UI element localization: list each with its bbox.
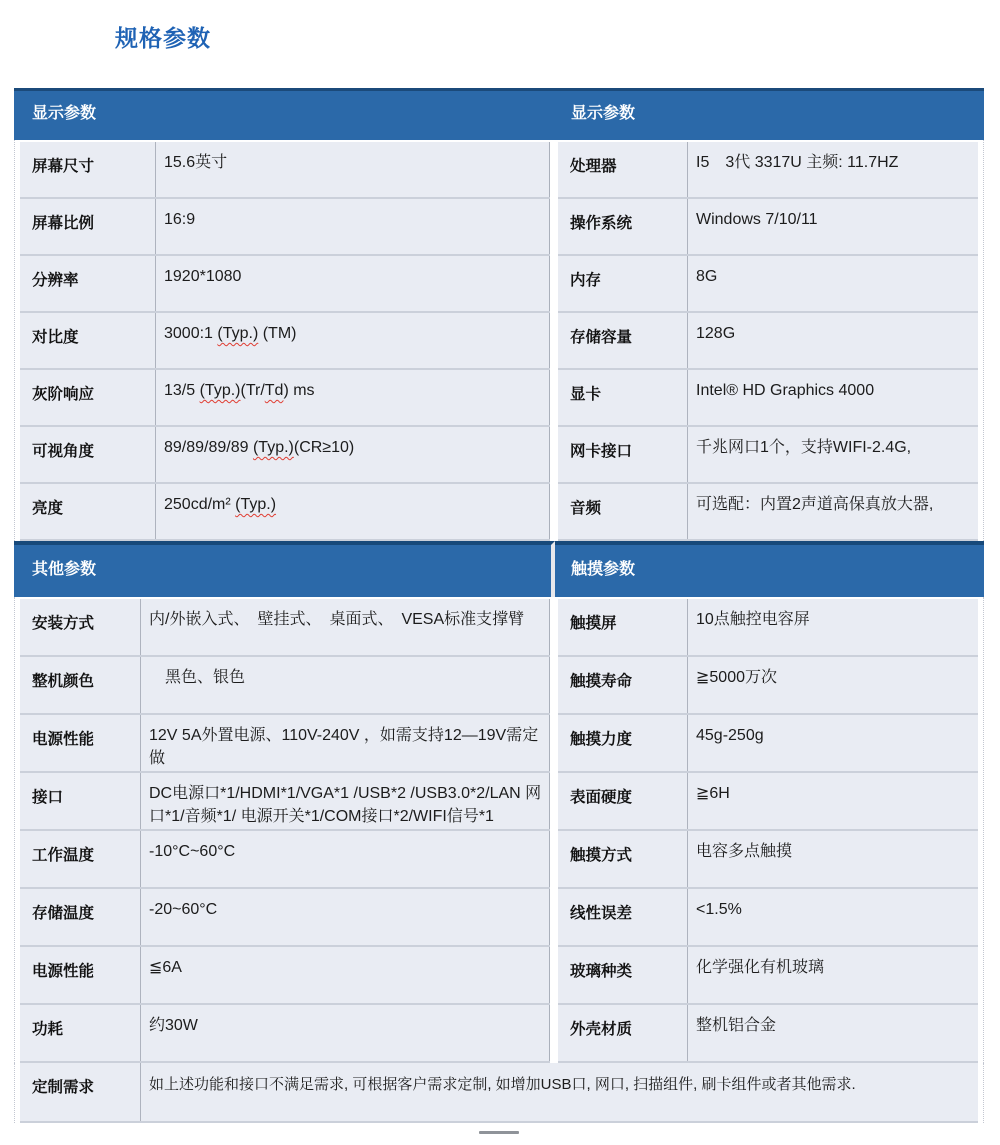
spellcheck-underline-text: (Typ.): [217, 325, 258, 342]
custom-requirements-row-wrap: 定制需求 如上述功能和接口不满足需求, 可根据客户需求定制, 如增加USB口, …: [14, 1063, 984, 1123]
spec-value: DC电源口*1/HDMI*1/VGA*1 /USB*2 /USB3.0*2/LA…: [141, 773, 550, 829]
spec-value: 89/89/89/89 (Typ.)(CR≥10): [156, 427, 550, 482]
spec-label: 触摸寿命: [558, 657, 688, 713]
section-display: 显示参数 屏幕尺寸15.6英寸屏幕比例16:9分辨率1920*1080对比度30…: [14, 88, 984, 541]
display-right-header: 显示参数: [555, 88, 984, 140]
other-left-column: 其他参数 安装方式内/外嵌入式、 壁挂式、 桌面式、 VESA标准支撑臂整机颜色…: [14, 541, 555, 1063]
spec-value: <1.5%: [688, 889, 978, 945]
spec-row: 玻璃种类化学强化有机玻璃: [558, 947, 978, 1005]
spec-value: 16:9: [156, 199, 550, 254]
spec-label: 触摸力度: [558, 715, 688, 771]
spec-value: 15.6英寸: [156, 142, 550, 197]
spellcheck-underline-text: (Typ.): [235, 496, 276, 513]
spellcheck-underline-text: (Typ.): [200, 382, 241, 399]
spec-value: 化学强化有机玻璃: [688, 947, 978, 1003]
spec-value: 如上述功能和接口不满足需求, 可根据客户需求定制, 如增加USB口, 网口, 扫…: [141, 1063, 978, 1121]
spec-row: 线性误差<1.5%: [558, 889, 978, 947]
value-text: 化学强化有机玻璃: [696, 959, 824, 976]
spec-value: 8G: [688, 256, 978, 311]
spec-row: 接口DC电源口*1/HDMI*1/VGA*1 /USB*2 /USB3.0*2/…: [20, 773, 550, 831]
spec-label: 工作温度: [20, 831, 141, 887]
value-text: 内/外嵌入式、 壁挂式、 桌面式、 VESA标准支撑臂: [149, 611, 524, 628]
value-text: -20~60°C: [149, 901, 217, 918]
value-text: <1.5%: [696, 901, 742, 918]
value-text: 10点触控电容屏: [696, 611, 810, 628]
spec-row: 存储温度-20~60°C: [20, 889, 550, 947]
spec-value: 约30W: [141, 1005, 550, 1061]
value-text: 15.6英寸: [164, 154, 227, 171]
spec-label: 玻璃种类: [558, 947, 688, 1003]
touch-right-column: 触摸参数 触摸屏10点触控电容屏触摸寿命≧5000万次触摸力度45g-250g表…: [555, 541, 984, 1063]
spec-label: 可视角度: [20, 427, 156, 482]
value-text: Windows 7/10/11: [696, 211, 818, 228]
spec-row: 触摸方式电容多点触摸: [558, 831, 978, 889]
display-left-column: 显示参数 屏幕尺寸15.6英寸屏幕比例16:9分辨率1920*1080对比度30…: [14, 88, 555, 541]
value-text: 整机铝合金: [696, 1017, 776, 1034]
spec-label: 对比度: [20, 313, 156, 368]
spec-row: 触摸寿命≧5000万次: [558, 657, 978, 715]
display-left-rows: 屏幕尺寸15.6英寸屏幕比例16:9分辨率1920*1080对比度3000:1 …: [14, 140, 555, 541]
display-right-rows: 处理器I5 3代 3317U 主频: 11.7HZ操作系统Windows 7/1…: [555, 140, 984, 541]
spec-label: 定制需求: [20, 1063, 141, 1121]
spec-value: 可选配：内置2声道高保真放大器,: [688, 484, 978, 539]
spec-value: 1920*1080: [156, 256, 550, 311]
value-text: 千兆网口1个，支持WIFI-2.4G,: [696, 439, 911, 456]
value-text: 电容多点触摸: [696, 843, 792, 860]
spec-label: 功耗: [20, 1005, 141, 1061]
value-text: (TM): [258, 325, 296, 342]
spec-label: 操作系统: [558, 199, 688, 254]
spec-label: 内存: [558, 256, 688, 311]
spec-label: 线性误差: [558, 889, 688, 945]
value-text: ≦6A: [149, 959, 182, 976]
spec-value: 250cd/m² (Typ.): [156, 484, 550, 539]
resize-dash: [479, 1131, 519, 1134]
other-left-rows: 安装方式内/外嵌入式、 壁挂式、 桌面式、 VESA标准支撑臂整机颜色 黑色、银…: [14, 597, 555, 1063]
value-text: 89/89/89/89: [164, 439, 253, 456]
spec-row: 电源性能12V 5A外置电源、110V-240V ，如需支持12—19V需定做: [20, 715, 550, 773]
display-left-header: 显示参数: [14, 88, 555, 140]
spec-label: 存储容量: [558, 313, 688, 368]
spec-label: 触摸屏: [558, 599, 688, 655]
custom-requirements-row: 定制需求 如上述功能和接口不满足需求, 可根据客户需求定制, 如增加USB口, …: [20, 1063, 978, 1123]
spec-label: 安装方式: [20, 599, 141, 655]
value-text: (CR≥10): [294, 439, 354, 456]
value-text: DC电源口*1/HDMI*1/VGA*1 /USB*2 /USB3.0*2/LA…: [149, 785, 541, 825]
spec-row: 表面硬度≧6H: [558, 773, 978, 831]
value-text: 可选配：内置2声道高保真放大器,: [696, 496, 933, 513]
spec-label: 灰阶响应: [20, 370, 156, 425]
spec-row: 屏幕比例16:9: [20, 199, 550, 256]
spec-label: 亮度: [20, 484, 156, 539]
spec-value: 128G: [688, 313, 978, 368]
spec-row: 电源性能≦6A: [20, 947, 550, 1005]
value-text: 13/5: [164, 382, 200, 399]
spec-value: ≧6H: [688, 773, 978, 829]
spec-row: 分辨率1920*1080: [20, 256, 550, 313]
spec-row: 网卡接口千兆网口1个，支持WIFI-2.4G,: [558, 427, 978, 484]
spec-row: 灰阶响应13/5 (Typ.)(Tr/Td) ms: [20, 370, 550, 427]
value-text: 45g-250g: [696, 727, 764, 744]
spec-row: 可视角度89/89/89/89 (Typ.)(CR≥10): [20, 427, 550, 484]
touch-params-header: 触摸参数: [555, 541, 984, 597]
spec-label: 电源性能: [20, 715, 141, 771]
value-text: ≧5000万次: [696, 669, 777, 686]
spec-value: ≦6A: [141, 947, 550, 1003]
spec-value: Windows 7/10/11: [688, 199, 978, 254]
spec-value: Intel® HD Graphics 4000: [688, 370, 978, 425]
value-text: 黑色、银色: [149, 669, 245, 686]
spec-label: 处理器: [558, 142, 688, 197]
value-text: 16:9: [164, 211, 195, 228]
spec-label: 存储温度: [20, 889, 141, 945]
section-other-touch: 其他参数 安装方式内/外嵌入式、 壁挂式、 桌面式、 VESA标准支撑臂整机颜色…: [14, 541, 984, 1063]
spec-label: 触摸方式: [558, 831, 688, 887]
spec-label: 音频: [558, 484, 688, 539]
spec-value: 内/外嵌入式、 壁挂式、 桌面式、 VESA标准支撑臂: [141, 599, 550, 655]
spec-row: 显卡Intel® HD Graphics 4000: [558, 370, 978, 427]
spec-value: 10点触控电容屏: [688, 599, 978, 655]
value-text: (Tr/: [240, 382, 264, 399]
spec-value: 千兆网口1个，支持WIFI-2.4G,: [688, 427, 978, 482]
spec-value: I5 3代 3317U 主频: 11.7HZ: [688, 142, 978, 197]
value-text: 8G: [696, 268, 717, 285]
spec-row: 音频可选配：内置2声道高保真放大器,: [558, 484, 978, 541]
spec-row: 触摸屏10点触控电容屏: [558, 599, 978, 657]
spec-value: 电容多点触摸: [688, 831, 978, 887]
spec-label: 网卡接口: [558, 427, 688, 482]
spellcheck-underline-text: Td: [265, 382, 284, 399]
spec-row: 触摸力度45g-250g: [558, 715, 978, 773]
spec-row: 功耗约30W: [20, 1005, 550, 1063]
other-params-header: 其他参数: [14, 541, 555, 597]
system-right-column: 显示参数 处理器I5 3代 3317U 主频: 11.7HZ操作系统Window…: [555, 88, 984, 541]
spec-sheet-page: 规格参数 显示参数 屏幕尺寸15.6英寸屏幕比例16:9分辨率1920*1080…: [0, 0, 1000, 1145]
spec-row: 屏幕尺寸15.6英寸: [20, 142, 550, 199]
spec-label: 屏幕比例: [20, 199, 156, 254]
spec-label: 分辨率: [20, 256, 156, 311]
value-text: 128G: [696, 325, 735, 342]
spec-label: 屏幕尺寸: [20, 142, 156, 197]
spec-value: 13/5 (Typ.)(Tr/Td) ms: [156, 370, 550, 425]
spec-row: 存储容量128G: [558, 313, 978, 370]
spec-value: 12V 5A外置电源、110V-240V ，如需支持12—19V需定做: [141, 715, 550, 771]
spec-table: 显示参数 屏幕尺寸15.6英寸屏幕比例16:9分辨率1920*1080对比度30…: [14, 88, 984, 1123]
value-text: I5 3代 3317U 主频: 11.7HZ: [696, 154, 898, 171]
value-text: -10°C~60°C: [149, 843, 235, 860]
spec-row: 亮度250cd/m² (Typ.): [20, 484, 550, 541]
spec-row: 对比度3000:1 (Typ.) (TM): [20, 313, 550, 370]
spec-label: 整机颜色: [20, 657, 141, 713]
spec-value: 3000:1 (Typ.) (TM): [156, 313, 550, 368]
spec-row: 整机颜色 黑色、银色: [20, 657, 550, 715]
spec-row: 安装方式内/外嵌入式、 壁挂式、 桌面式、 VESA标准支撑臂: [20, 599, 550, 657]
spec-label: 外壳材质: [558, 1005, 688, 1061]
spec-row: 外壳材质整机铝合金: [558, 1005, 978, 1063]
value-text: ≧6H: [696, 785, 730, 802]
value-text: 250cd/m²: [164, 496, 235, 513]
spec-row: 处理器I5 3代 3317U 主频: 11.7HZ: [558, 142, 978, 199]
value-text: 1920*1080: [164, 268, 241, 285]
touch-right-rows: 触摸屏10点触控电容屏触摸寿命≧5000万次触摸力度45g-250g表面硬度≧6…: [555, 597, 984, 1063]
value-text: 3000:1: [164, 325, 217, 342]
value-text: Intel® HD Graphics 4000: [696, 382, 874, 399]
spec-value: ≧5000万次: [688, 657, 978, 713]
spec-value: -20~60°C: [141, 889, 550, 945]
spellcheck-underline-text: (Typ.): [253, 439, 294, 456]
value-text: 约30W: [149, 1017, 198, 1034]
spec-row: 内存8G: [558, 256, 978, 313]
spec-row: 操作系统Windows 7/10/11: [558, 199, 978, 256]
spec-value: 45g-250g: [688, 715, 978, 771]
value-text: ) ms: [283, 382, 314, 399]
spec-row: 工作温度-10°C~60°C: [20, 831, 550, 889]
value-text: 12V 5A外置电源、110V-240V ，如需支持12—19V需定做: [149, 727, 538, 767]
spec-label: 电源性能: [20, 947, 141, 1003]
spec-value: -10°C~60°C: [141, 831, 550, 887]
spec-label: 显卡: [558, 370, 688, 425]
spec-label: 表面硬度: [558, 773, 688, 829]
page-title: 规格参数: [115, 20, 211, 53]
spec-value: 整机铝合金: [688, 1005, 978, 1061]
spec-value: 黑色、银色: [141, 657, 550, 713]
spec-label: 接口: [20, 773, 141, 829]
